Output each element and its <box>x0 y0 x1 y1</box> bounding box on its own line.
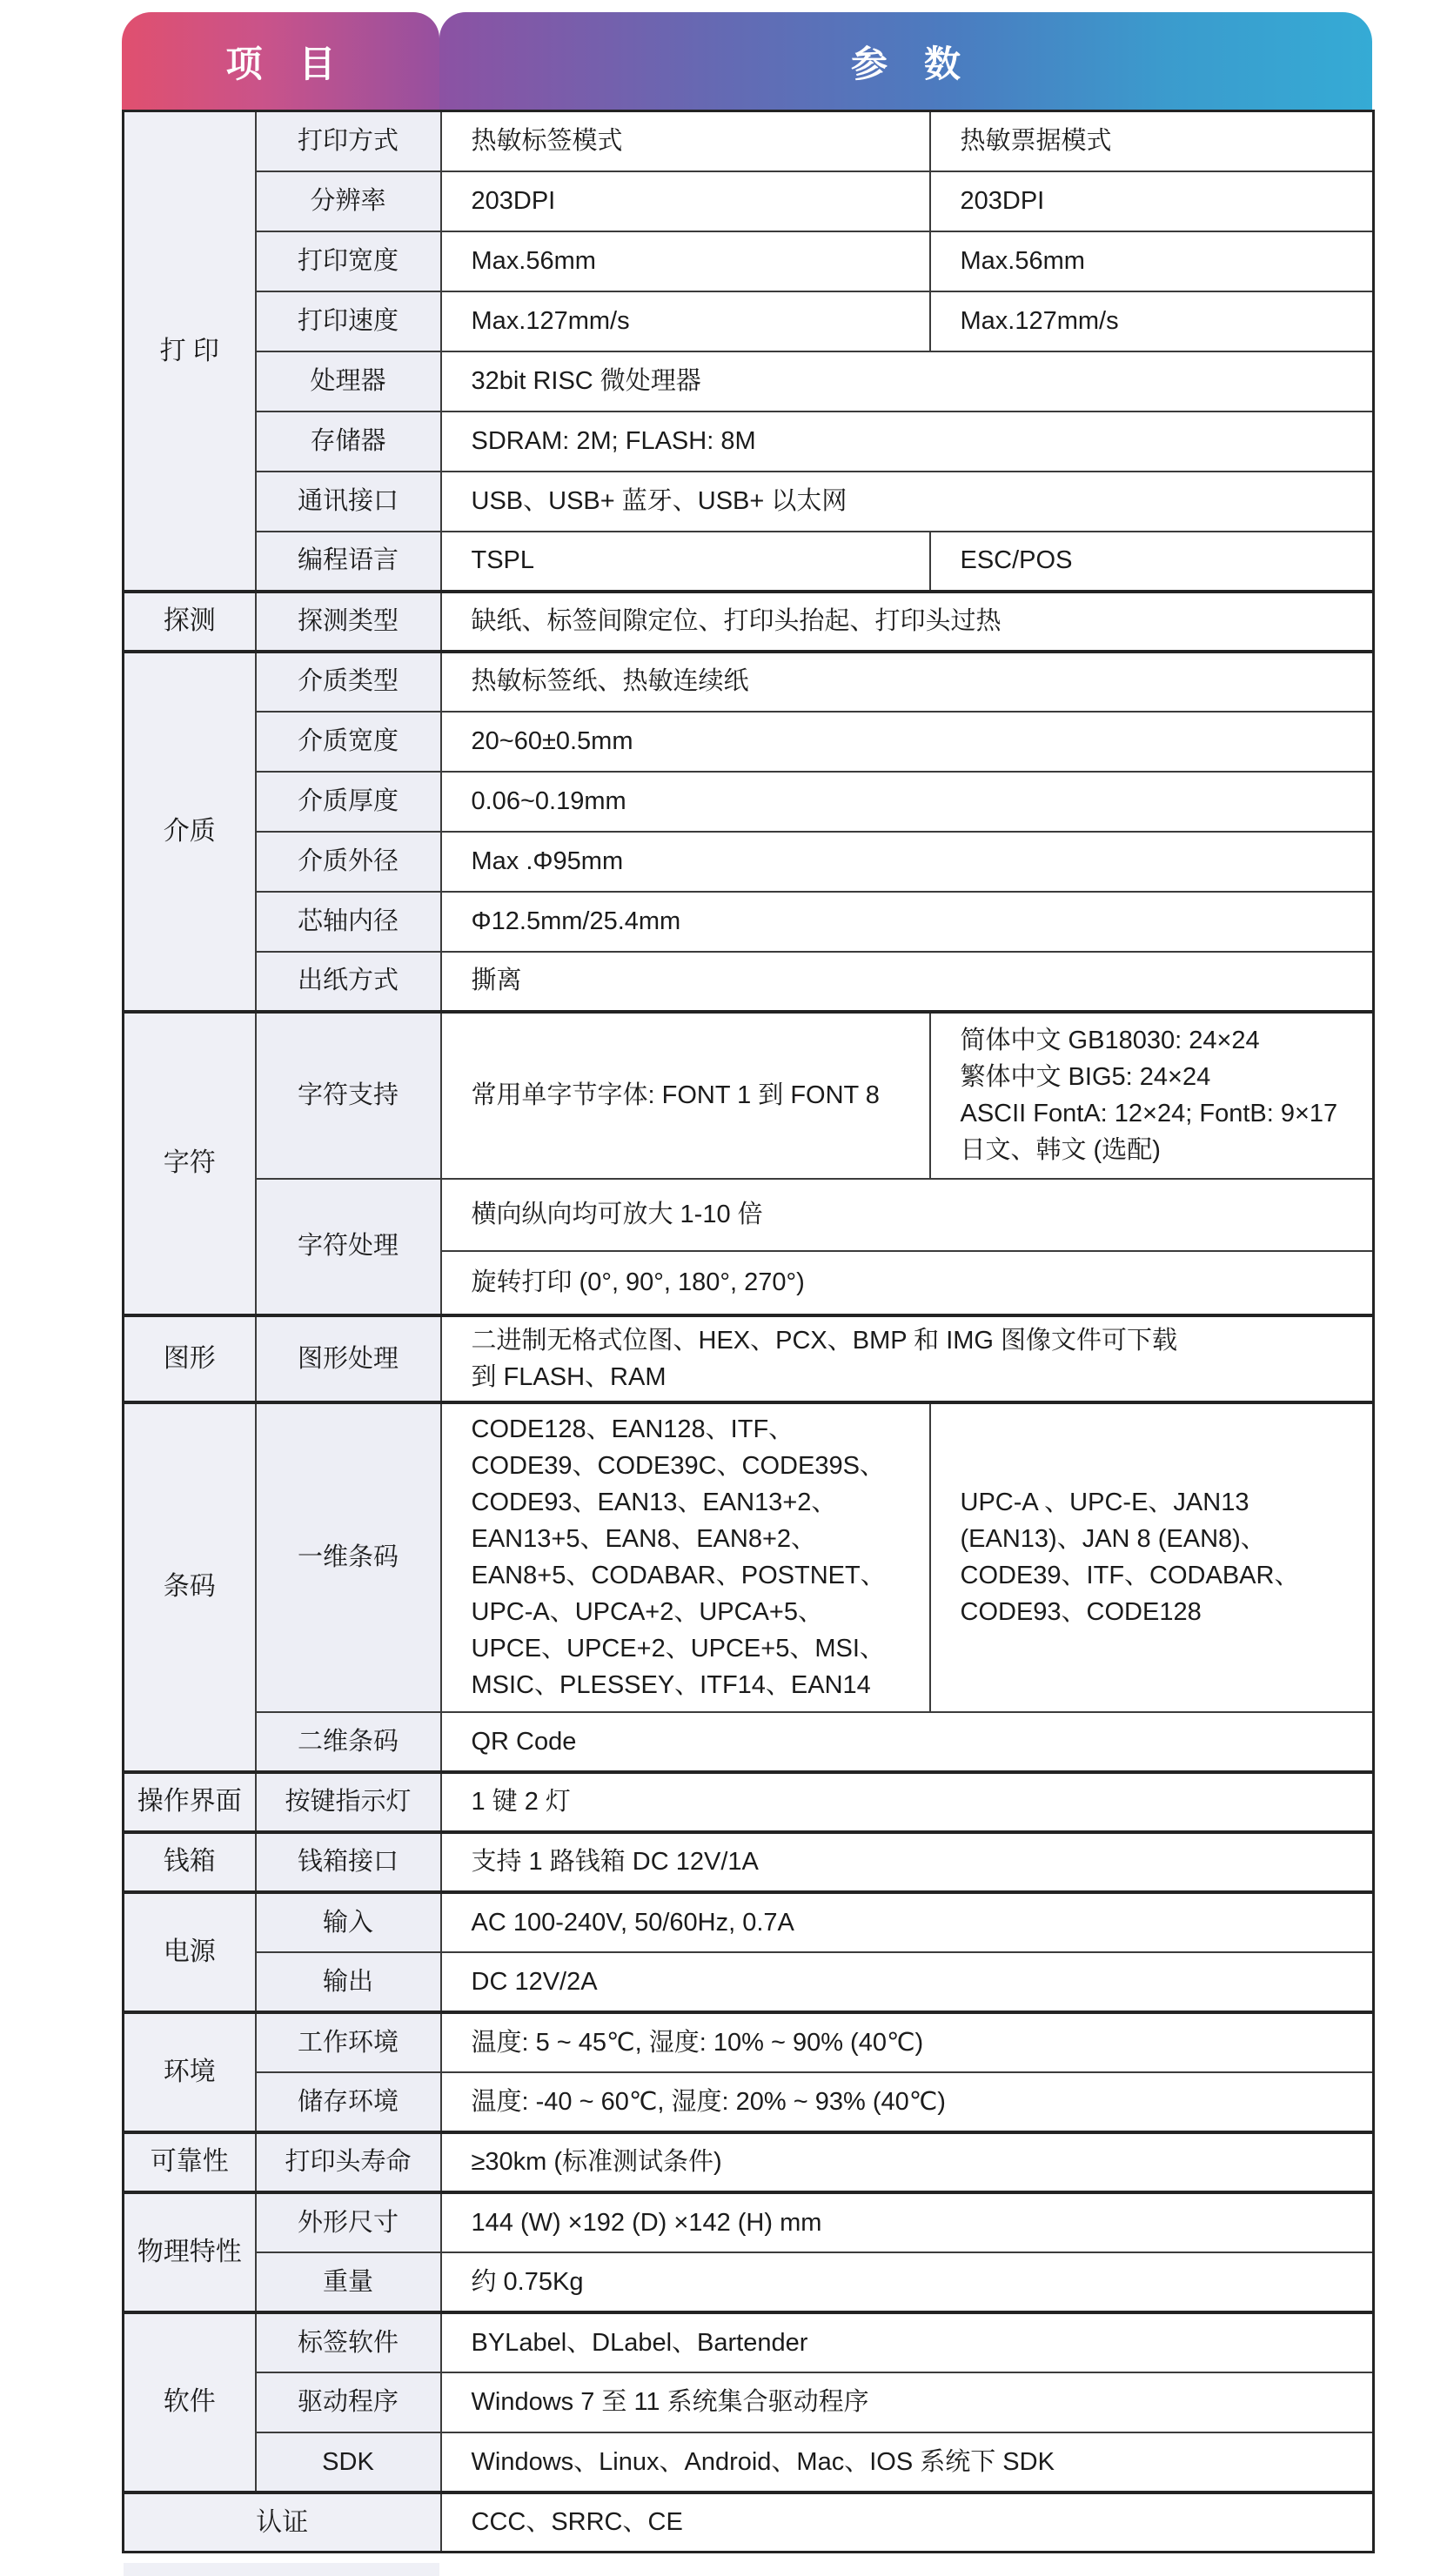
item-header-label: 项 目 <box>225 36 335 88</box>
group-env: 环境 <box>124 2012 256 2132</box>
label-print-speed: 打印速度 <box>256 291 441 351</box>
value-font-rotate: 旋转打印 (0°, 90°, 180°, 270°) <box>441 1251 1374 1315</box>
value-env-storage: 温度: -40 ~ 60℃, 湿度: 20% ~ 93% (40℃) <box>441 2072 1374 2132</box>
tab-item-header: 项 目 <box>122 12 439 110</box>
label-barcode-1d: 一维条码 <box>256 1402 441 1712</box>
label-resolution: 分辨率 <box>256 171 441 231</box>
label-head-life: 打印头寿命 <box>256 2132 441 2192</box>
value-prog-language-1: TSPL <box>441 532 930 592</box>
value-print-width-2: Max.56mm <box>930 231 1374 291</box>
label-core-dia: 芯轴内径 <box>256 892 441 952</box>
value-processor: 32bit RISC 微处理器 <box>441 351 1374 411</box>
header-tabs: 项 目 参 数 <box>122 12 1372 110</box>
value-barcode-1d-2: UPC-A 、UPC-E、JAN13 (EAN13)、JAN 8 (EAN8)、… <box>930 1402 1374 1712</box>
label-keys-leds: 按键指示灯 <box>256 1772 441 1832</box>
spec-sheet-page: 项 目 参 数 打 印 打印方式 热敏标签模式 热敏票据模式 分辨率 203DP… <box>0 0 1447 2576</box>
value-memory: SDRAM: 2M; FLASH: 8M <box>441 411 1374 472</box>
spec-table: 打 印 打印方式 热敏标签模式 热敏票据模式 分辨率 203DPI 203DPI… <box>122 110 1375 2553</box>
value-media-outer-dia: Max .Φ95mm <box>441 832 1374 892</box>
value-paper-exit: 撕离 <box>441 952 1374 1012</box>
value-media-thickness: 0.06~0.19mm <box>441 772 1374 832</box>
group-reliability: 可靠性 <box>124 2132 256 2192</box>
value-print-speed-2: Max.127mm/s <box>930 291 1374 351</box>
value-resolution-2: 203DPI <box>930 171 1374 231</box>
group-ui: 操作界面 <box>124 1772 256 1832</box>
group-font: 字符 <box>124 1012 256 1315</box>
value-sdk: Windows、Linux、Android、Mac、IOS 系统下 SDK <box>441 2432 1374 2492</box>
label-certification: 认证 <box>124 2492 441 2553</box>
value-barcode-1d-1: CODE128、EAN128、ITF、 CODE39、CODE39C、CODE3… <box>441 1402 930 1712</box>
group-drawer: 钱箱 <box>124 1832 256 1892</box>
param-header-label: 参 数 <box>851 36 961 88</box>
group-graphic: 图形 <box>124 1315 256 1402</box>
tab-param-header: 参 数 <box>439 12 1372 110</box>
value-media-type: 热敏标签纸、热敏连续纸 <box>441 652 1374 712</box>
value-env-work: 温度: 5 ~ 45℃, 湿度: 10% ~ 90% (40℃) <box>441 2012 1374 2072</box>
value-detect-type: 缺纸、标签间隙定位、打印头抬起、打印头过热 <box>441 592 1374 652</box>
value-driver: Windows 7 至 11 系统集合驱动程序 <box>441 2372 1374 2432</box>
label-prog-language: 编程语言 <box>256 532 441 592</box>
value-barcode-2d: QR Code <box>441 1712 1374 1772</box>
value-power-input: AC 100-240V, 50/60Hz, 0.7A <box>441 1892 1374 1952</box>
label-power-input: 输入 <box>256 1892 441 1952</box>
label-memory: 存储器 <box>256 411 441 472</box>
label-graphic-handle: 图形处理 <box>256 1315 441 1402</box>
label-paper-exit: 出纸方式 <box>256 952 441 1012</box>
label-weight: 重量 <box>256 2252 441 2312</box>
label-font-handle: 字符处理 <box>256 1179 441 1315</box>
label-print-mode: 打印方式 <box>256 111 441 171</box>
label-media-thickness: 介质厚度 <box>256 772 441 832</box>
label-label-software: 标签软件 <box>256 2312 441 2372</box>
value-font-scale: 横向纵向均可放大 1-10 倍 <box>441 1179 1374 1251</box>
value-media-width: 20~60±0.5mm <box>441 712 1374 772</box>
label-env-storage: 储存环境 <box>256 2072 441 2132</box>
value-core-dia: Φ12.5mm/25.4mm <box>441 892 1374 952</box>
value-print-mode-1: 热敏标签模式 <box>441 111 930 171</box>
value-drawer-port: 支持 1 路钱箱 DC 12V/1A <box>441 1832 1374 1892</box>
value-keys-leds: 1 键 2 灯 <box>441 1772 1374 1832</box>
value-head-life: ≥30km (标准测试条件) <box>441 2132 1374 2192</box>
label-comm-interface: 通讯接口 <box>256 472 441 532</box>
value-print-width-1: Max.56mm <box>441 231 930 291</box>
group-detect: 探测 <box>124 592 256 652</box>
group-power: 电源 <box>124 1892 256 2012</box>
label-env-work: 工作环境 <box>256 2012 441 2072</box>
value-dimensions: 144 (W) ×192 (D) ×142 (H) mm <box>441 2192 1374 2252</box>
label-dimensions: 外形尺寸 <box>256 2192 441 2252</box>
group-physical: 物理特性 <box>124 2192 256 2312</box>
value-weight: 约 0.75Kg <box>441 2252 1374 2312</box>
label-font-support: 字符支持 <box>256 1012 441 1179</box>
value-font-support-1: 常用单字节字体: FONT 1 到 FONT 8 <box>441 1012 930 1179</box>
label-drawer-port: 钱箱接口 <box>256 1832 441 1892</box>
label-sdk: SDK <box>256 2432 441 2492</box>
label-processor: 处理器 <box>256 351 441 411</box>
label-power-output: 输出 <box>256 1952 441 2012</box>
label-media-outer-dia: 介质外径 <box>256 832 441 892</box>
group-barcode: 条码 <box>124 1402 256 1772</box>
label-driver: 驱动程序 <box>256 2372 441 2432</box>
group-print: 打 印 <box>124 111 256 592</box>
cropped-content-stub <box>124 2563 439 2576</box>
value-print-speed-1: Max.127mm/s <box>441 291 930 351</box>
value-print-mode-2: 热敏票据模式 <box>930 111 1374 171</box>
value-graphic-handle: 二进制无格式位图、HEX、PCX、BMP 和 IMG 图像文件可下载 到 FLA… <box>441 1315 1374 1402</box>
value-label-software: BYLabel、DLabel、Bartender <box>441 2312 1374 2372</box>
label-print-width: 打印宽度 <box>256 231 441 291</box>
value-prog-language-2: ESC/POS <box>930 532 1374 592</box>
value-resolution-1: 203DPI <box>441 171 930 231</box>
group-media: 介质 <box>124 652 256 1012</box>
value-font-support-2: 简体中文 GB18030: 24×24 繁体中文 BIG5: 24×24 ASC… <box>930 1012 1374 1179</box>
label-barcode-2d: 二维条码 <box>256 1712 441 1772</box>
value-comm-interface: USB、USB+ 蓝牙、USB+ 以太网 <box>441 472 1374 532</box>
label-detect-type: 探测类型 <box>256 592 441 652</box>
label-media-type: 介质类型 <box>256 652 441 712</box>
value-power-output: DC 12V/2A <box>441 1952 1374 2012</box>
value-certification: CCC、SRRC、CE <box>441 2492 1374 2553</box>
label-media-width: 介质宽度 <box>256 712 441 772</box>
group-software: 软件 <box>124 2312 256 2492</box>
